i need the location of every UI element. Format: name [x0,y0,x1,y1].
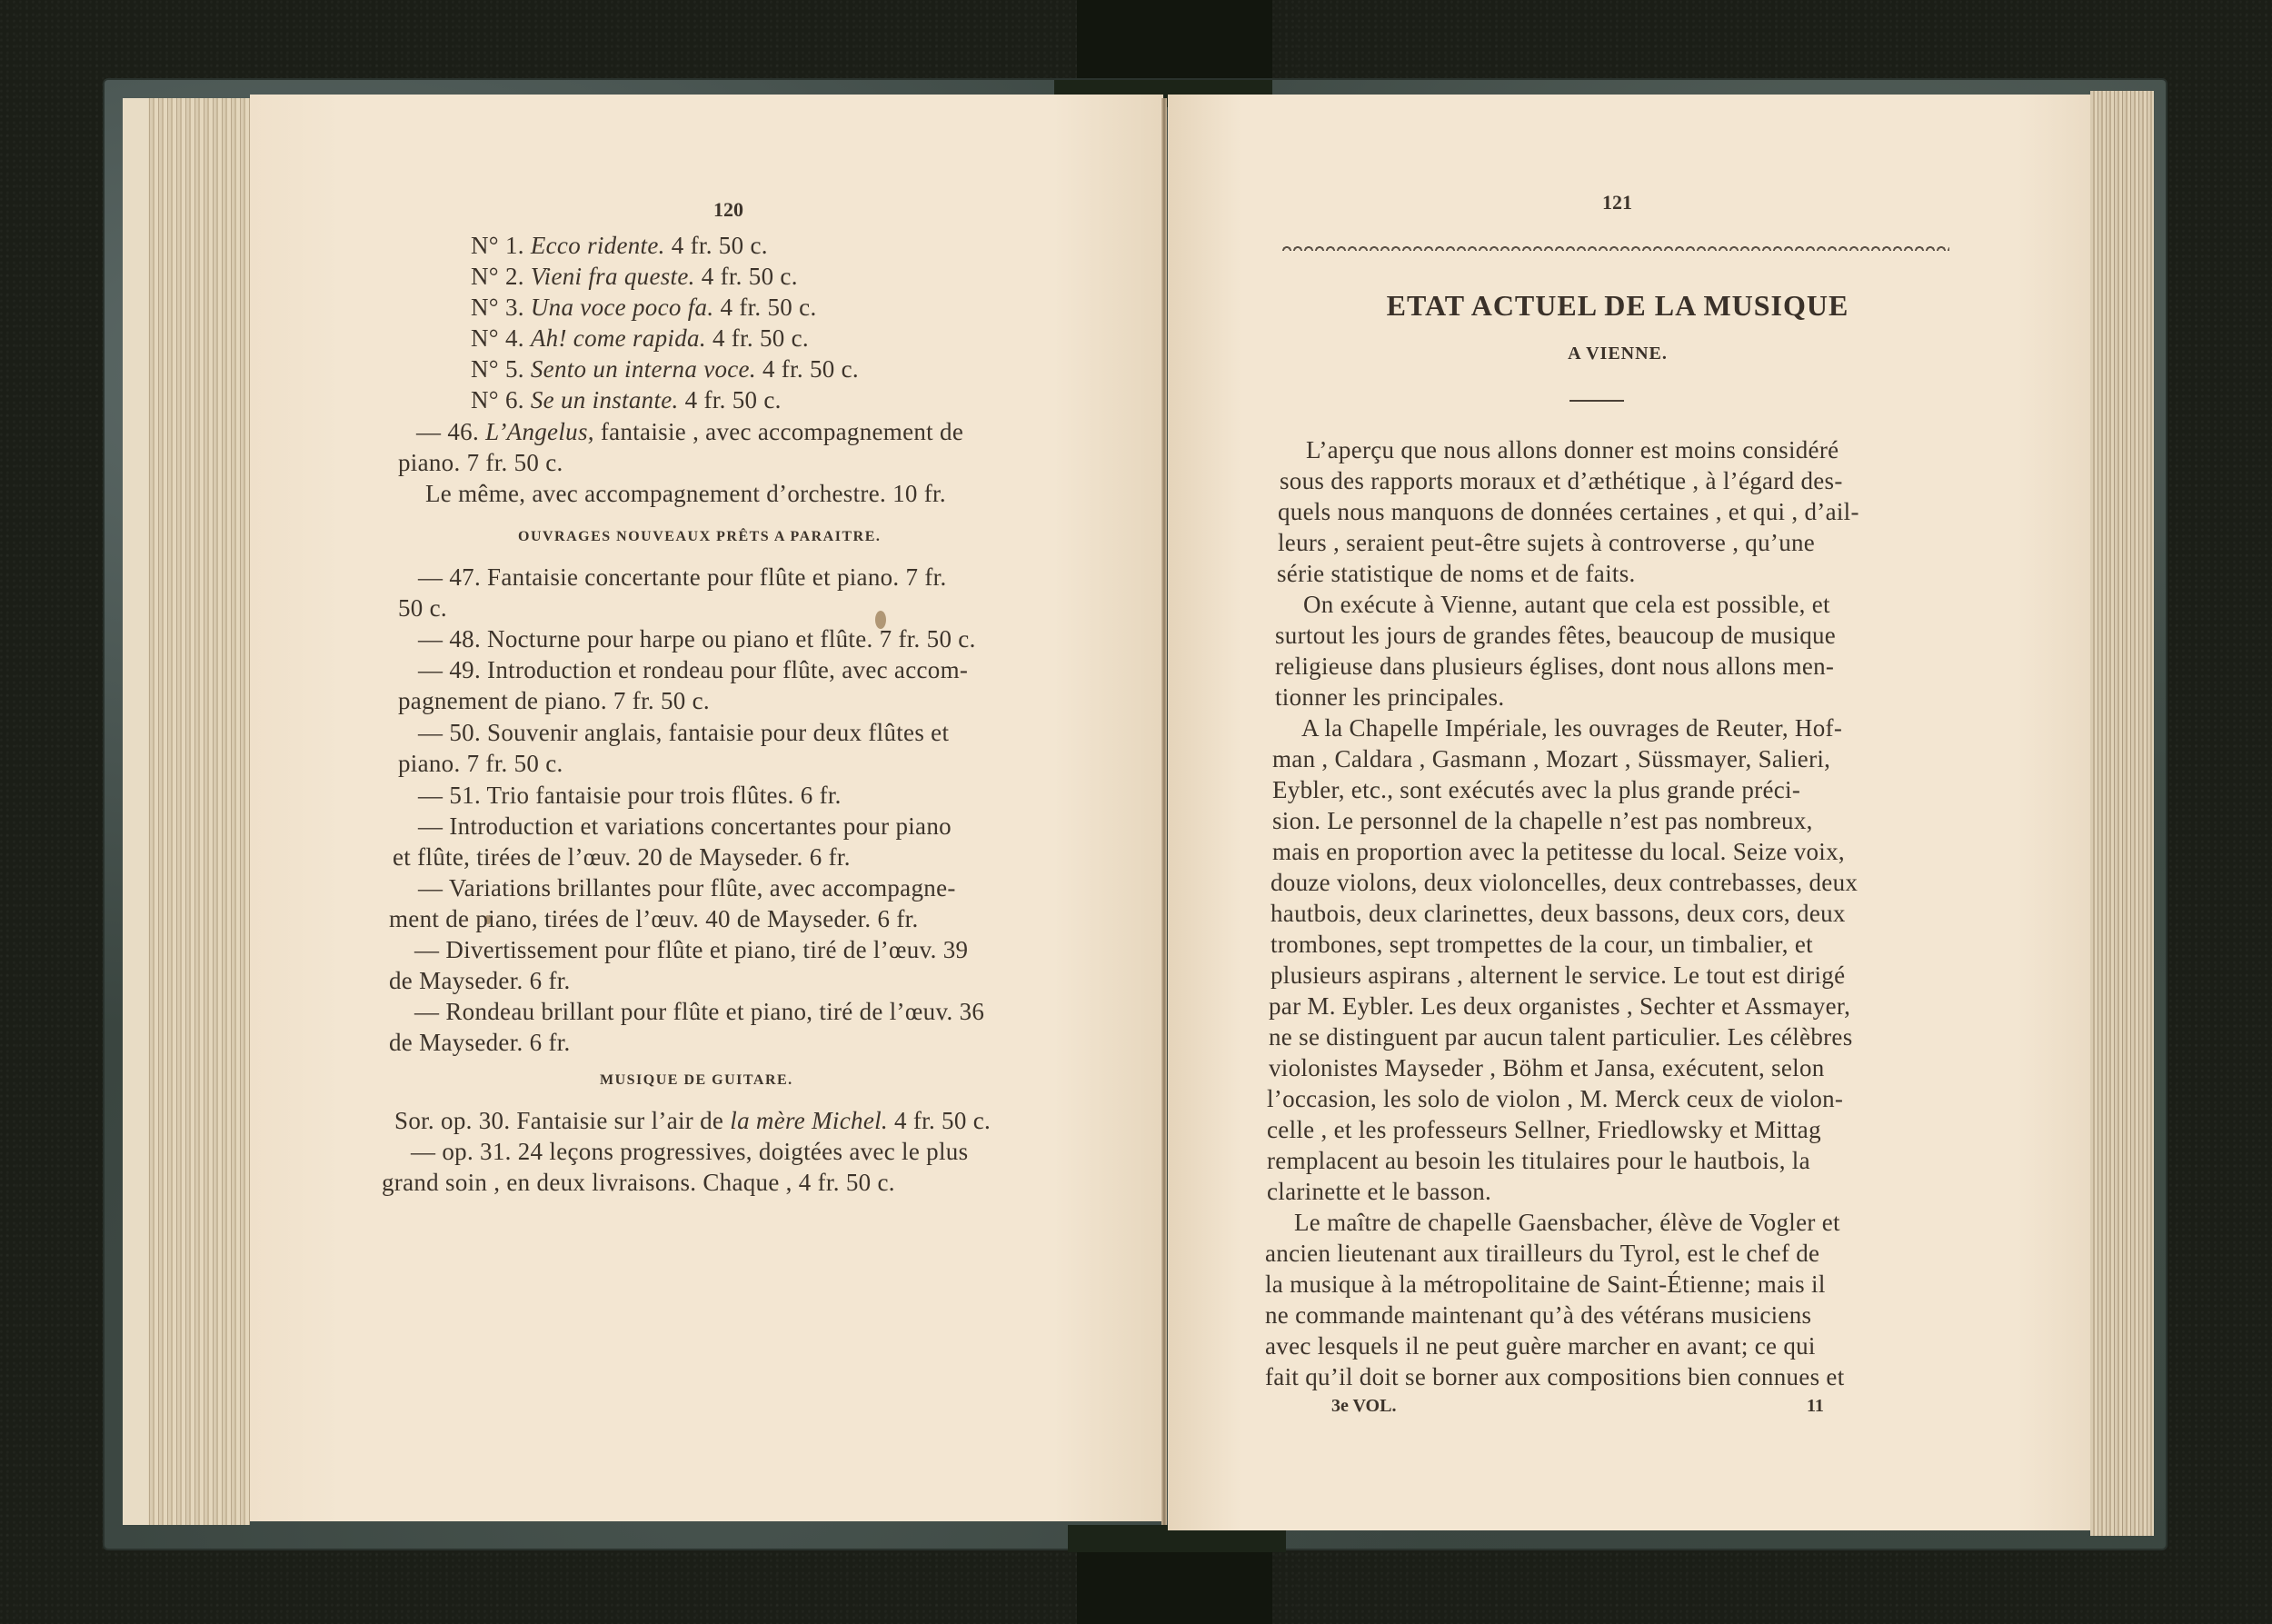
ornamental-wavy-rule [1281,244,1949,256]
body-line: douze violons, deux violoncelles, deux c… [1271,867,1858,898]
body-line: quels nous manquons de données certaines… [1278,496,1859,527]
item-number: N° 4. [471,324,524,352]
item-price: 4 fr. 50 c. [712,324,809,352]
item-title: Se un instante. [531,386,679,413]
body-line: avec lesquels il ne peut guère marcher e… [1265,1330,1816,1361]
item-title: Sento un interna voce. [531,355,756,383]
body-line: On exécute à Vienne, autant que cela est… [1303,589,1830,620]
section-heading-new-works: OUVRAGES NOUVEAUX PRÊTS A PARAITRE. [518,529,881,545]
list-line: piano. 7 fr. 50 c. [398,748,563,779]
body-line: trombones, sept trompettes de la cour, u… [1271,929,1813,960]
item-number: N° 2. [471,263,524,290]
title-rule [1569,400,1624,402]
body-line: mais en proportion avec la petitesse du … [1272,836,1845,867]
item-price: 4 fr. 50 c. [672,232,768,259]
guitar-entry-price: 4 fr. 50 c. [894,1107,991,1134]
item-price: 4 fr. 50 c. [720,294,816,321]
entry-number: — 46. [416,418,479,445]
body-line: par M. Eybler. Les deux organistes , Sec… [1269,991,1850,1021]
guitar-entry-title: la mère Michel. [730,1107,888,1134]
guitar-entry-text: Sor. op. 30. Fantaisie sur l’air de [394,1107,723,1134]
item-number: N° 1. [471,232,524,259]
guitar-op30-line: Sor. op. 30. Fantaisie sur l’air de la m… [394,1105,991,1136]
list-item: N° 6. Se un instante. 4 fr. 50 c. [471,384,782,415]
list-line: — 47. Fantaisie concertante pour flûte e… [418,562,947,593]
body-line: ancien lieutenant aux tirailleurs du Tyr… [1265,1238,1819,1269]
body-line: la musique à la métropolitaine de Saint-… [1265,1269,1826,1300]
body-line: leurs , seraient peut-être sujets à cont… [1278,527,1815,558]
body-line: A la Chapelle Impériale, les ouvrages de… [1301,712,1842,743]
item-number: N° 3. [471,294,524,321]
right-page-number: 121 [1602,191,1632,214]
item-price: 4 fr. 50 c. [702,263,798,290]
entry-text: fantaisie , avec accompagnement de [601,418,963,445]
page-stack-right [2090,91,2154,1536]
body-line: hautbois, deux clarinettes, deux bassons… [1271,898,1846,929]
entry-title: L’Angelus, [485,418,594,445]
body-line: sion. Le personnel de la chapelle n’est … [1272,805,1813,836]
body-line: celle , et les professeurs Sellner, Frie… [1267,1114,1821,1145]
guitar-op31-line2: grand soin , en deux livraisons. Chaque … [382,1167,895,1198]
list-line: — Rondeau brillant pour flûte et piano, … [414,996,984,1027]
body-line: religieuse dans plusieurs églises, dont … [1275,651,1834,682]
item-price: 4 fr. 50 c. [762,355,859,383]
body-line: Le maître de chapelle Gaensbacher, élève… [1294,1207,1840,1238]
item-title: Ecco ridente. [531,232,665,259]
item-title: Una voce poco fa. [531,294,714,321]
list-line: — Variations brillantes pour flûte, avec… [418,872,956,903]
entry-46-line1: — 46. L’Angelus, fantaisie , avec accomp… [416,416,963,447]
body-line: L’aperçu que nous allons donner est moin… [1306,434,1839,465]
list-line: et flûte, tirées de l’œuv. 20 de Maysede… [393,842,851,872]
page-stack-left [123,98,250,1525]
list-line: — 49. Introduction et rondeau pour flûte… [418,654,968,685]
body-line: sous des rapports moraux et d’æthétique … [1280,465,1843,496]
item-number: N° 6. [471,386,524,413]
body-line: clarinette et le basson. [1267,1176,1491,1207]
section-heading-guitar: MUSIQUE DE GUITARE. [600,1072,793,1089]
body-line: tionner les principales. [1275,682,1504,712]
body-line: l’occasion, les solo de violon , M. Merc… [1267,1083,1843,1114]
body-line: série statistique de noms et de faits. [1277,558,1636,589]
item-title: Vieni fra queste. [531,263,695,290]
list-line: 50 c. [398,593,447,623]
list-line: — 48. Nocturne pour harpe ou piano et fl… [418,623,976,654]
list-item: N° 2. Vieni fra queste. 4 fr. 50 c. [471,261,798,292]
body-line: surtout les jours de grandes fêtes, beau… [1275,620,1836,651]
book-gutter [1161,98,1167,1525]
signature-mark: 11 [1807,1396,1824,1417]
guitar-op31-line1: — op. 31. 24 leçons progressives, doigté… [411,1136,968,1167]
body-line: violonistes Mayseder , Böhm et Jansa, ex… [1269,1052,1825,1083]
chapter-subtitle: A VIENNE. [1472,344,1763,364]
entry-46-line2: piano. 7 fr. 50 c. [398,447,563,478]
list-line: — Introduction et variations concertante… [418,811,952,842]
list-item: N° 5. Sento un interna voce. 4 fr. 50 c. [471,354,859,384]
item-price: 4 fr. 50 c. [685,386,782,413]
body-line: ne se distinguent par aucun talent parti… [1269,1021,1853,1052]
list-line: — Divertissement pour flûte et piano, ti… [414,934,968,965]
list-line: — 50. Souvenir anglais, fantaisie pour d… [418,717,949,748]
list-item: N° 3. Una voce poco fa. 4 fr. 50 c. [471,292,817,323]
item-number: N° 5. [471,355,524,383]
item-title: Ah! come rapida. [531,324,706,352]
body-line: fait qu’il doit se borner aux compositio… [1265,1361,1845,1392]
le-meme-line: Le même, avec accompagnement d’orchestre… [425,478,946,509]
list-item: N° 1. Ecco ridente. 4 fr. 50 c. [471,230,768,261]
list-line: pagnement de piano. 7 fr. 50 c. [398,685,710,716]
chapter-title: ETAT ACTUEL DE LA MUSIQUE [1381,289,1854,323]
volume-signature: 3e VOL. [1331,1396,1396,1417]
body-line: plusieurs aspirans , alternent le servic… [1271,960,1845,991]
list-item: N° 4. Ah! come rapida. 4 fr. 50 c. [471,323,809,354]
body-line: man , Caldara , Gasmann , Mozart , Süssm… [1272,743,1830,774]
body-line: remplacent au besoin les titulaires pour… [1267,1145,1810,1176]
list-line: de Mayseder. 6 fr. [389,1027,571,1058]
body-line: Eybler, etc., sont exécutés avec la plus… [1272,774,1800,805]
list-line: — 51. Trio fantaisie pour trois flûtes. … [418,780,842,811]
list-line: de Mayseder. 6 fr. [389,965,571,996]
left-page-number: 120 [713,198,743,222]
list-line: ment de piano, tirées de l’œuv. 40 de Ma… [389,903,919,934]
body-line: ne commande maintenant qu’à des vétérans… [1265,1300,1811,1330]
